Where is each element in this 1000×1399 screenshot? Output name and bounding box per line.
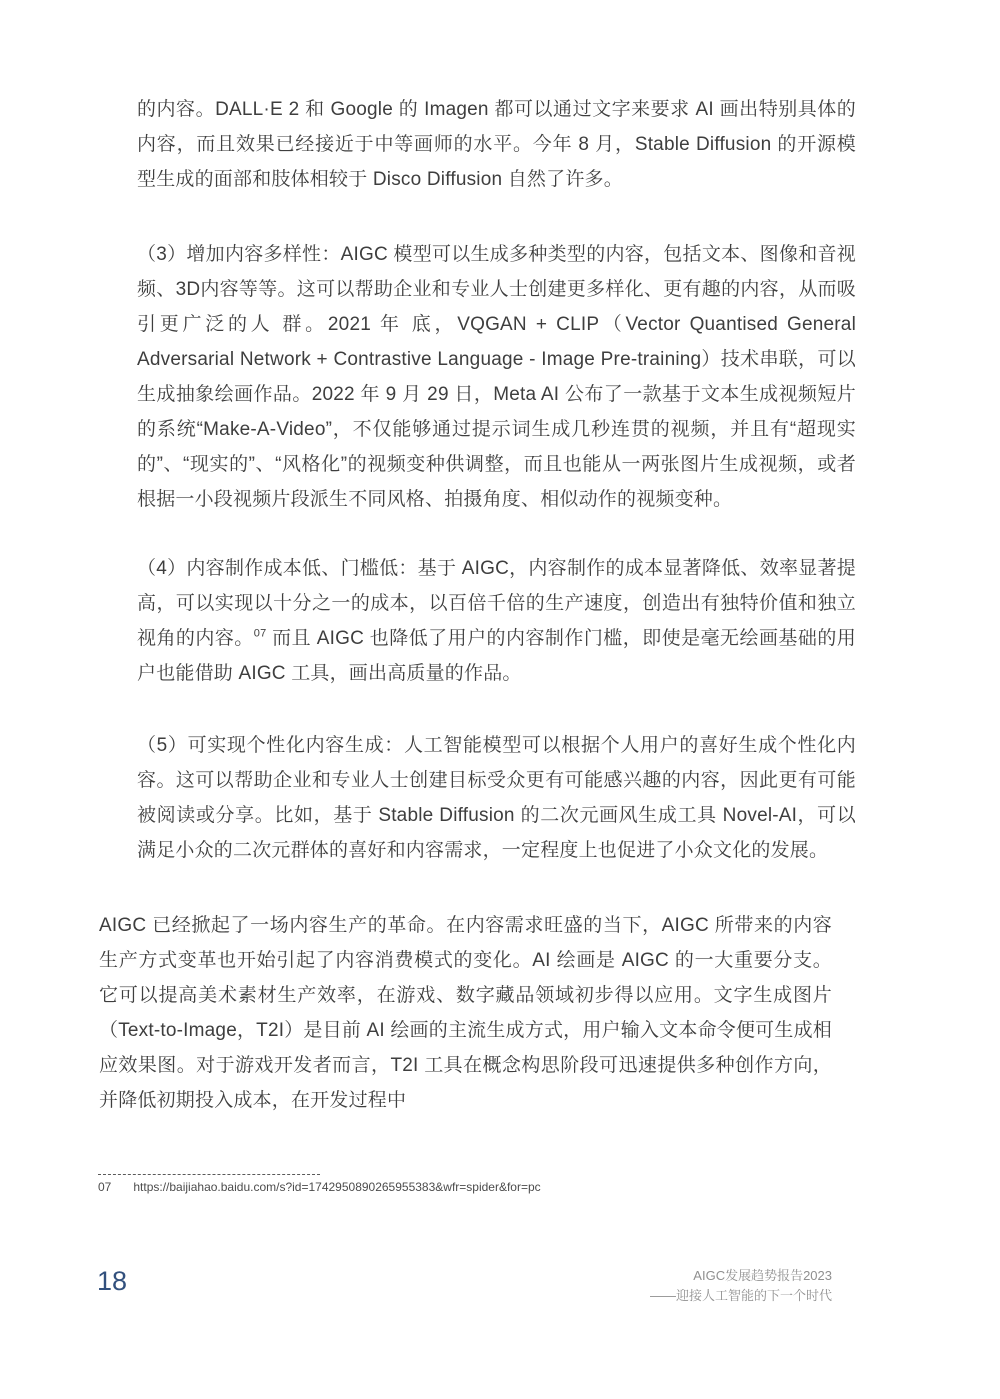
footnote-number: 07 — [98, 1180, 111, 1194]
footnote: 07https://baijiahao.baidu.com/s?id=17429… — [98, 1180, 541, 1194]
paragraph-item5-personalized-content: （5）可实现个性化内容生成：人工智能模型可以根据个人用户的喜好生成个性化内容。这… — [137, 728, 856, 868]
footnote-reference-07: 07 — [254, 628, 267, 640]
paragraph-item3-content-diversity: （3）增加内容多样性：AIGC 模型可以生成多种类型的内容，包括文本、图像和音视… — [137, 237, 856, 517]
paragraph-aigc-revolution: AIGC 已经掀起了一场内容生产的革命。在内容需求旺盛的当下，AIGC 所带来的… — [99, 908, 832, 1118]
report-title: AIGC发展趋势报告2023 — [650, 1266, 832, 1286]
footnote-url-link[interactable]: https://baijiahao.baidu.com/s?id=1742950… — [133, 1180, 540, 1194]
document-page: 的内容。DALL·E 2 和 Google 的 Imagen 都可以通过文字来要… — [0, 0, 1000, 1399]
paragraph-intro-continuation: 的内容。DALL·E 2 和 Google 的 Imagen 都可以通过文字来要… — [137, 92, 856, 197]
paragraph-item4-low-cost: （4）内容制作成本低、门槛低：基于 AIGC，内容制作的成本显著降低、效率显著提… — [137, 551, 856, 691]
report-subtitle: ——迎接人工智能的下一个时代 — [650, 1286, 832, 1306]
footnote-divider — [98, 1174, 320, 1175]
report-footer: AIGC发展趋势报告2023 ——迎接人工智能的下一个时代 — [650, 1266, 832, 1306]
page-number: 18 — [97, 1266, 127, 1297]
